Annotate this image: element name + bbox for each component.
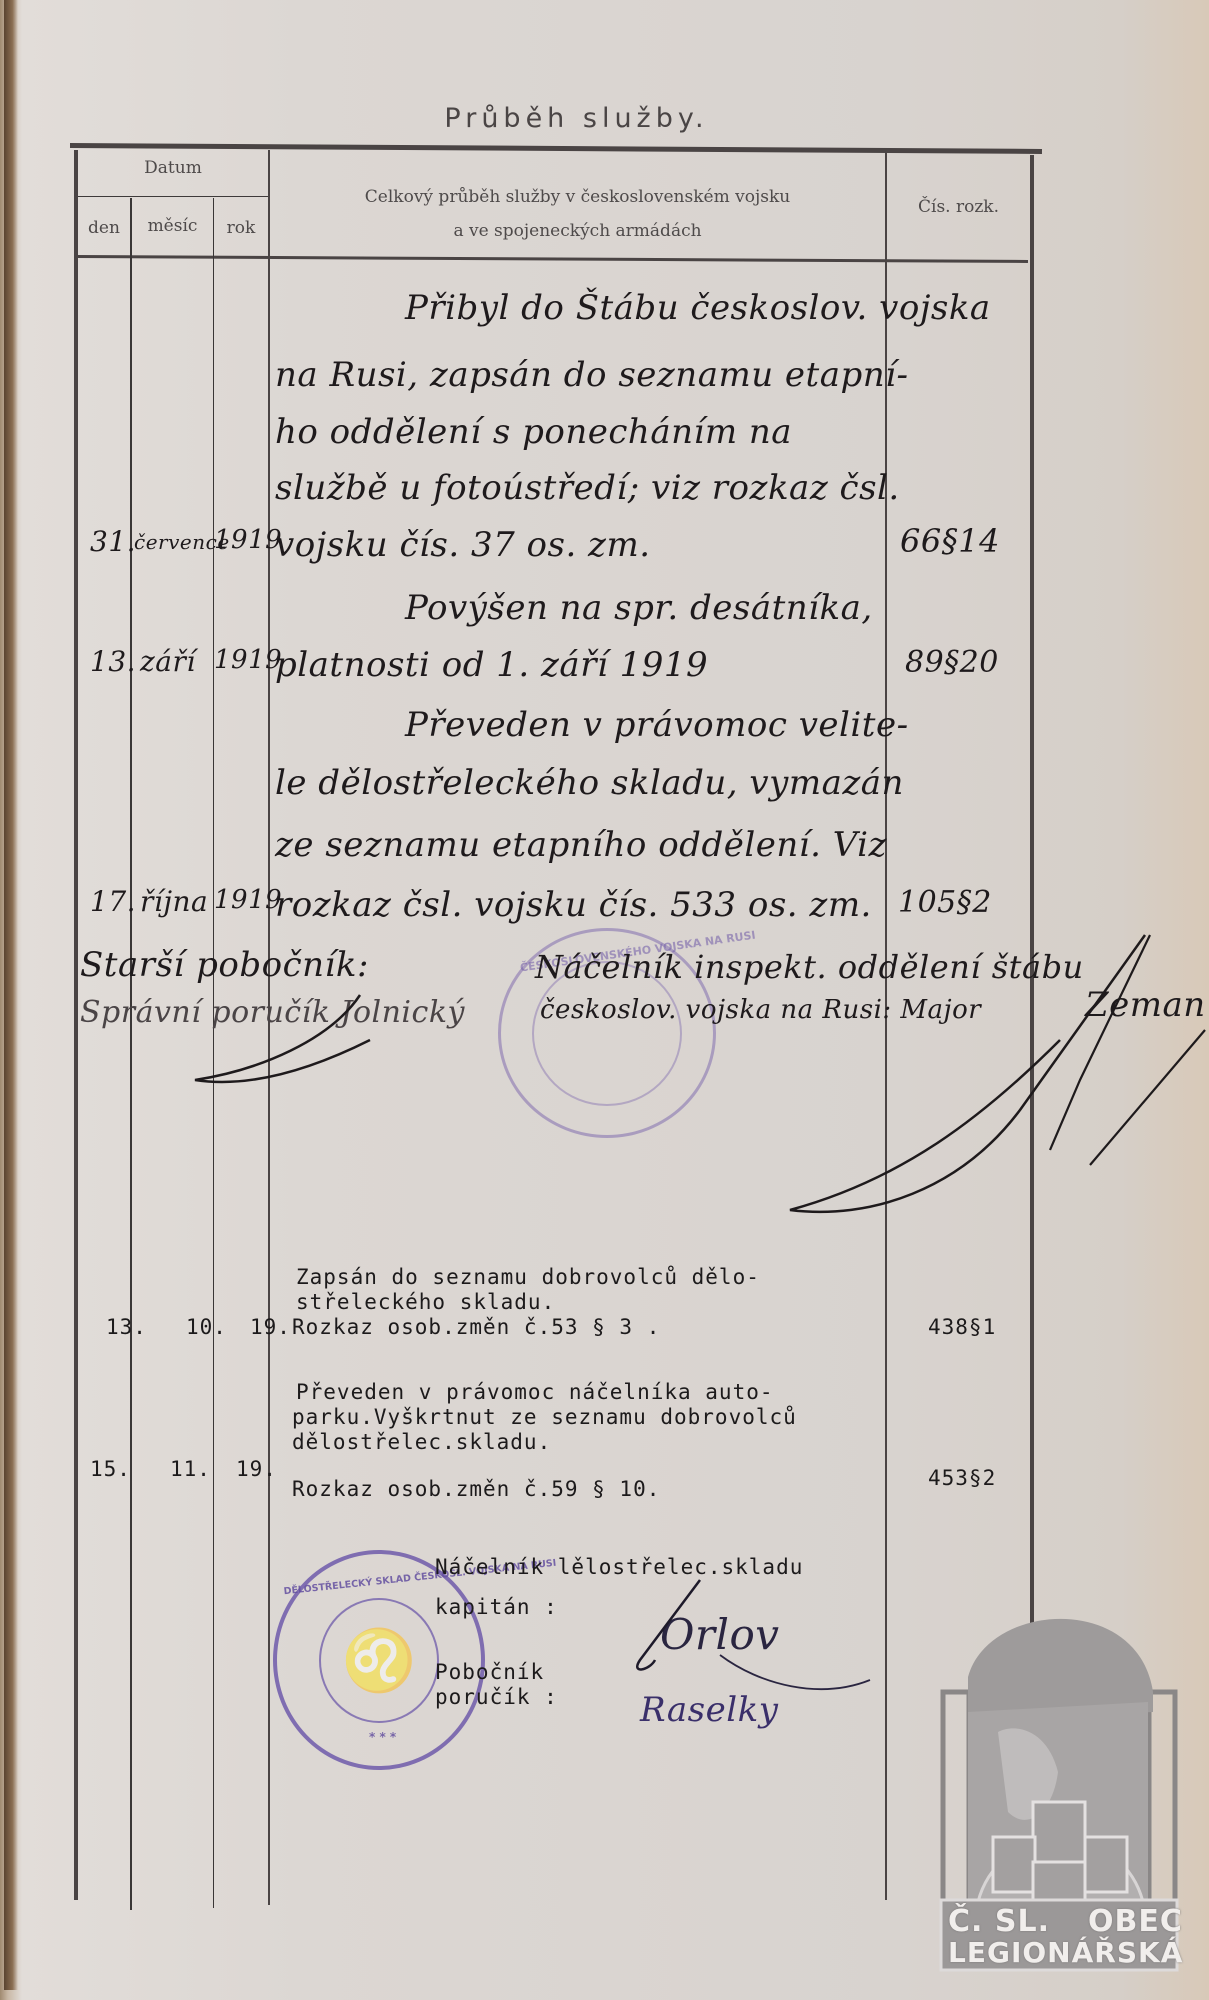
document-page: Průběh služby. Datum den měsíc rok Celko… [0,0,1209,2000]
legion-watermark-logo: Č. SL. OBEC LEGIONÁŘSKÁ [938,1582,1180,1972]
watermark-line1-right: OBEC [1088,1904,1183,1939]
watermark-line1-left: Č. SL. [948,1904,1050,1939]
watermark-line2: LEGIONÁŘSKÁ [948,1936,1183,1969]
